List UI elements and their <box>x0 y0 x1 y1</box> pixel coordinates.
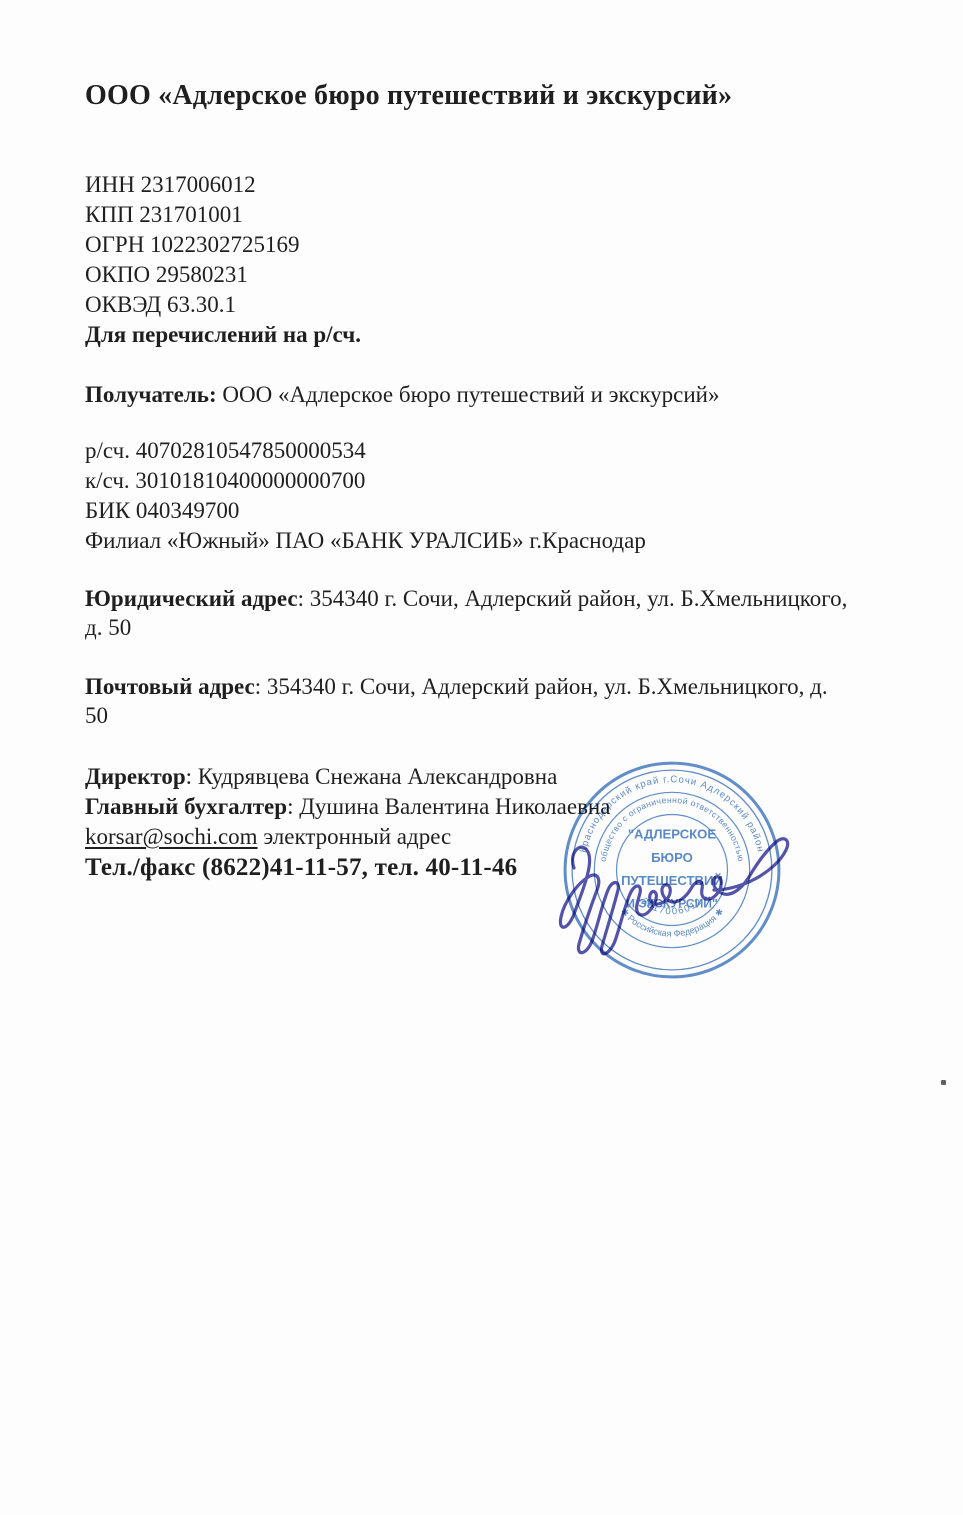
inn-line: ИНН 2317006012 <box>85 170 933 200</box>
recipient-value: ООО «Адлерское бюро путешествий и экскур… <box>217 382 720 407</box>
director-signature <box>546 820 806 960</box>
email-address: korsar@sochi.com <box>85 824 258 849</box>
okpo-line: ОКПО 29580231 <box>85 260 933 290</box>
scan-speck <box>941 1080 946 1085</box>
director-label: Директор <box>85 764 186 789</box>
accountant-label: Главный бухгалтер <box>85 794 287 819</box>
bank-branch-line: Филиал «Южный» ПАО «БАНК УРАЛСИБ» г.Крас… <box>85 526 933 556</box>
postal-address-line2: 50 <box>85 701 933 730</box>
postal-address-rest: : 354340 г. Сочи, Адлерский район, ул. Б… <box>255 674 828 699</box>
postal-address-label: Почтовый адрес <box>85 674 255 699</box>
accountant-line: Главный бухгалтер: Душина Валентина Нико… <box>85 792 933 822</box>
registration-block: ИНН 2317006012 КПП 231701001 ОГРН 102230… <box>85 170 933 350</box>
transfers-heading: Для перечислений на р/сч. <box>85 320 933 350</box>
bik-line: БИК 040349700 <box>85 496 933 526</box>
legal-address-rest: : 354340 г. Сочи, Адлерский район, ул. Б… <box>298 586 848 611</box>
postal-address-block: Почтовый адрес: 354340 г. Сочи, Адлерски… <box>85 672 933 730</box>
recipient-line: Получатель: ООО «Адлерское бюро путешест… <box>85 380 933 410</box>
okved-line: ОКВЭД 63.30.1 <box>85 290 933 320</box>
legal-address-line1: Юридический адрес: 354340 г. Сочи, Адлер… <box>85 584 933 613</box>
signature-ink-icon <box>546 820 806 960</box>
bank-details-block: р/сч. 40702810547850000534 к/сч. 3010181… <box>85 436 933 556</box>
recipient-label: Получатель: <box>85 382 217 407</box>
settlement-account-line: р/сч. 40702810547850000534 <box>85 436 933 466</box>
legal-address-block: Юридический адрес: 354340 г. Сочи, Адлер… <box>85 584 933 642</box>
director-name: : Кудрявцева Снежана Александровна <box>186 764 558 789</box>
scanned-document-page: ООО «Адлерское бюро путешествий и экскур… <box>0 0 963 1515</box>
director-line: Директор: Кудрявцева Снежана Александров… <box>85 762 933 792</box>
kpp-line: КПП 231701001 <box>85 200 933 230</box>
postal-address-line1: Почтовый адрес: 354340 г. Сочи, Адлерски… <box>85 672 933 701</box>
email-suffix: электронный адрес <box>258 824 452 849</box>
company-title: ООО «Адлерское бюро путешествий и экскур… <box>85 80 933 112</box>
legal-address-label: Юридический адрес <box>85 586 298 611</box>
correspondent-account-line: к/сч. 30101810400000000700 <box>85 466 933 496</box>
ogrn-line: ОГРН 1022302725169 <box>85 230 933 260</box>
legal-address-line2: д. 50 <box>85 613 933 642</box>
